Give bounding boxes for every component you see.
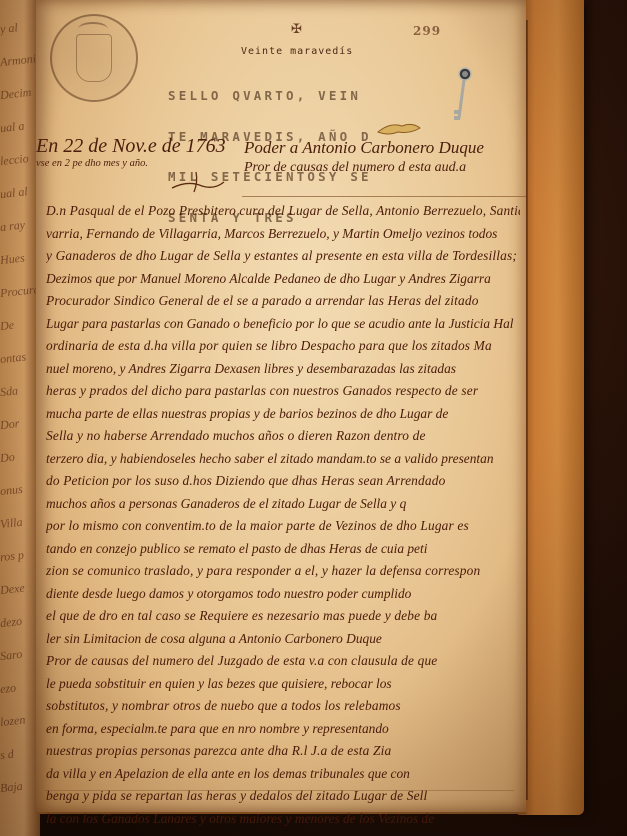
manuscript-line: la con los Ganados Lanares y otros maior… [46, 808, 520, 831]
manuscript-line: tando en conzejo publico se remato el pa… [46, 538, 520, 561]
manuscript-line: D.n Pasqual de el Pozo Presbitero cura d… [46, 200, 520, 223]
previous-page-text-fragment: De [0, 315, 41, 334]
manuscript-line: ordinaria de esta d.ha villa por quien s… [46, 335, 520, 358]
manuscript-line: do Peticion por los suso d.hos Diziendo … [46, 470, 520, 493]
previous-page-text-fragment: ros p [0, 546, 41, 565]
previous-page-text-fragment: a ray [0, 216, 41, 235]
manuscript-line: Pror de causas del numero del Juzgado de… [46, 650, 520, 673]
manuscript-line: mucha parte de ellas nuestras propias y … [46, 403, 520, 426]
previous-page-text-fragment: Baja [0, 777, 41, 796]
coat-of-arms-icon [76, 34, 112, 82]
document-date: En 22 de Nov.e de 1763 [36, 135, 226, 158]
cross-icon: ✠ [291, 22, 302, 37]
title-divider [242, 196, 526, 197]
previous-page-text-fragment: Villa [0, 513, 41, 532]
manuscript-line: el que de dro en tal caso se Requiere es… [46, 605, 520, 628]
manuscript-body: D.n Pasqual de el Pozo Presbitero cura d… [46, 200, 520, 830]
previous-page-text-fragment: s d [0, 744, 41, 763]
previous-page-text-fragment: ual a [0, 117, 41, 136]
flourish-icon [168, 168, 228, 194]
manuscript-page: ✠ 299 Veinte maravedís SELLO QVARTO, VEI… [36, 0, 526, 814]
previous-page-text-fragment: Sda [0, 381, 41, 400]
manuscript-line: nuel moreno, y Andres Zigarra Dexasen li… [46, 358, 520, 381]
manuscript-line: muchos años a personas Ganaderos de el z… [46, 493, 520, 516]
manuscript-line: zion se comunico traslado, y para respon… [46, 560, 520, 583]
manuscript-line: en forma, especialm.te para que en nro n… [46, 718, 520, 741]
document-date-note: vse en 2 pe dho mes y año. [36, 158, 148, 169]
manuscript-line: nuestras propias personas parezca ante d… [46, 740, 520, 763]
manuscript-line: varria, Fernando de Villagarria, Marcos … [46, 223, 520, 246]
photo-scene: y alArmoniDecimual aleccioual ala rayHue… [0, 0, 627, 836]
manuscript-line: y Ganaderos de dho Lugar de Sella y esta… [46, 245, 520, 268]
manuscript-line: terzero dia, y habiendoseles hecho saber… [46, 448, 520, 471]
previous-page-text-fragment: leccio [0, 150, 41, 169]
manuscript-line: sobstitutos, y nombrar otros de nuebo qu… [46, 695, 520, 718]
manuscript-line: Sella y no haberse Arrendado muchos años… [46, 425, 520, 448]
manuscript-line: heras y prados del dicho para pastarlas … [46, 380, 520, 403]
manuscript-line: por lo mismo con conventim.to de la maio… [46, 515, 520, 538]
royal-seal-icon [50, 14, 138, 102]
manuscript-line: diente desde luego damos y otorgamos tod… [46, 583, 520, 606]
manuscript-line: da villa y en Apelazion de ella ante en … [46, 763, 520, 786]
previous-page-text-fragment: Armoni [0, 51, 41, 70]
previous-page-text-fragment: y al [0, 18, 41, 37]
previous-page-text-fragment: Decim [0, 84, 41, 103]
previous-page-text-fragment: ontas [0, 348, 41, 367]
previous-page-text-fragment: ual al [0, 183, 41, 202]
manuscript-line: Procurador Sindico General de el se a pa… [46, 290, 520, 313]
previous-page-text-fragment: ezo [0, 678, 41, 697]
manuscript-line: benga y pida se repartan las heras y ded… [46, 785, 520, 808]
manuscript-line: Dezimos que por Manuel Moreno Alcalde Pe… [46, 268, 520, 291]
stamp-line: SELLO QVARTO, VEIN [168, 89, 372, 103]
book-cover-edge [518, 0, 584, 815]
gold-ornament-icon [376, 120, 422, 136]
previous-page-text-fragment: lozen [0, 711, 41, 730]
previous-page-text-fragment: Saro [0, 645, 41, 664]
stamp-value-line: Veinte maravedís [241, 46, 353, 57]
manuscript-line: ler sin Limitacion de cosa alguna a Anto… [46, 628, 520, 651]
manuscript-line: Lugar para pastarlas con Ganado o benefi… [46, 313, 520, 336]
previous-page-edge: y alArmoniDecimual aleccioual ala rayHue… [0, 0, 40, 836]
previous-page-text-fragment: dezo [0, 612, 41, 631]
key-icon [453, 66, 473, 126]
previous-page-text-fragment: Do [0, 447, 41, 466]
previous-page-text-fragment: Dexe [0, 579, 41, 598]
previous-page-text-fragment: Hues [0, 249, 41, 268]
folio-number: 299 [413, 24, 441, 38]
previous-page-text-fragment: Procura [0, 282, 41, 301]
manuscript-line: le pueda sobstituir en quien y las bezes… [46, 673, 520, 696]
document-title: Poder a Antonio Carbonero Duque [244, 138, 484, 158]
document-subtitle: Pror de causas del numero d esta aud.a [244, 160, 466, 176]
bottom-margin-line [44, 790, 514, 791]
previous-page-text-fragment: onus [0, 480, 41, 499]
previous-page-text-fragment: Dor [0, 414, 41, 433]
